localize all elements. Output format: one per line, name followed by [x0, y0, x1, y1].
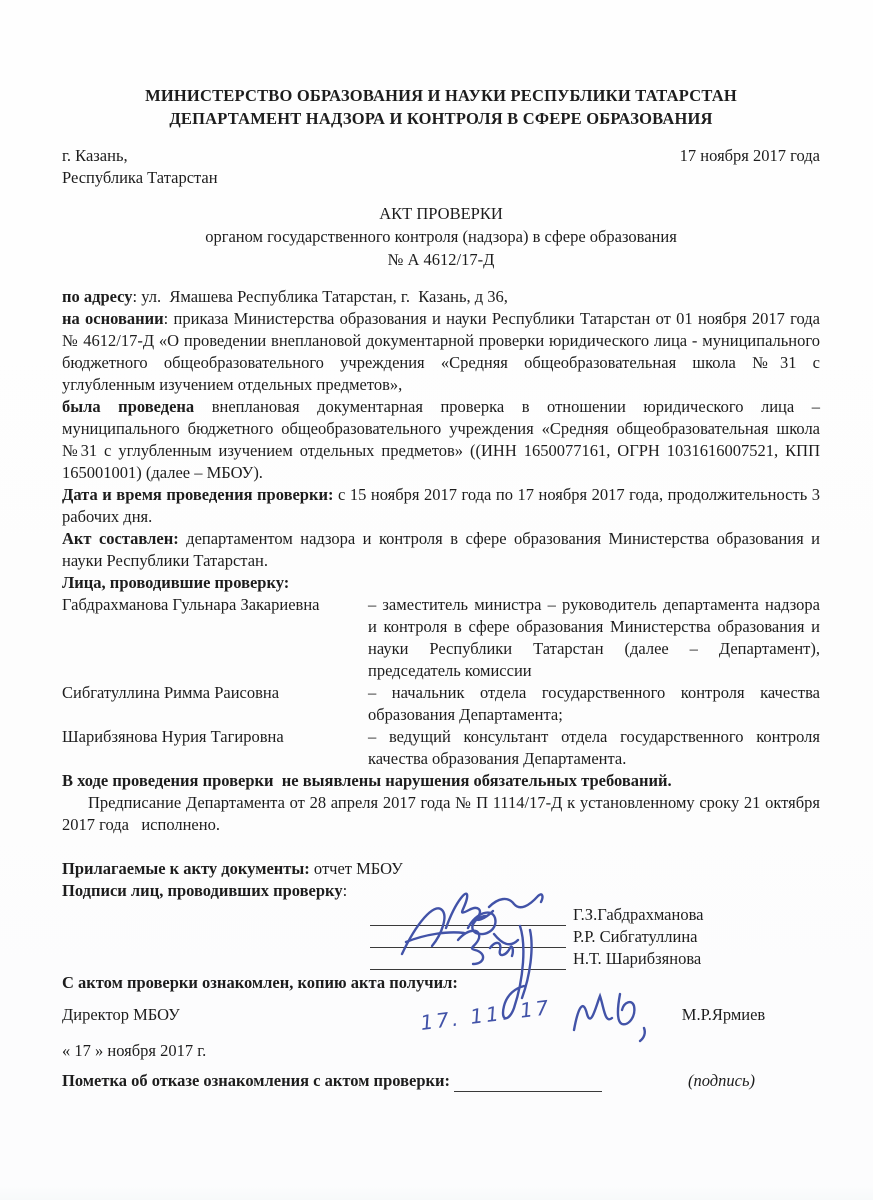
inspector-row: Габдрахманова Гульнара Закариевна – заме…: [62, 594, 820, 682]
refusal-row: Пометка об отказе ознакомления с актом п…: [62, 1070, 820, 1092]
paragraph-lead: Дата и время проведения проверки:: [62, 485, 334, 504]
refusal-signature-line: [454, 1076, 602, 1092]
inspector-name: Сибгатуллина Римма Раисовна: [62, 682, 368, 726]
signatures-block: Г.З.Габдрахманова Р.Р. Сибгатуллина Н.Т.…: [370, 904, 772, 970]
region-label: Республика Татарстан: [62, 167, 218, 189]
acknowledgement-block: С актом проверки ознакомлен, копию акта …: [62, 972, 820, 1092]
inspector-row: Шарибзянова Нурия Тагировна – ведущий ко…: [62, 726, 820, 770]
inspector-role: – начальник отдела государственного конт…: [368, 682, 820, 726]
signature-row: Р.Р. Сибгатуллина: [370, 926, 772, 948]
inspector-role: – ведущий консультант отдела государстве…: [368, 726, 820, 770]
paragraph-lead: по адресу: [62, 287, 133, 306]
place-block: г. Казань, Республика Татарстан: [62, 145, 218, 189]
handwritten-date: 17. 11. 17: [419, 996, 552, 1034]
paragraph-lead: была проведена: [62, 397, 194, 416]
document-title: АКТ ПРОВЕРКИ органом государственного ко…: [62, 202, 820, 271]
inspector-role: – заместитель министра – руководитель де…: [368, 594, 820, 682]
paragraph-basis: на основании: приказа Министерства образ…: [62, 308, 820, 396]
signature-hint: (подпись): [688, 1070, 755, 1092]
findings-statement: В ходе проведения проверки не выявлены н…: [62, 770, 820, 792]
signatures-heading: Подписи лиц, проводивших проверку:: [62, 880, 820, 902]
signature-line: [370, 954, 566, 970]
paragraph-datetime: Дата и время проведения проверки: с 15 н…: [62, 484, 820, 528]
header-department: ДЕПАРТАМЕНТ НАДЗОРА И КОНТРОЛЯ В СФЕРЕ О…: [62, 107, 820, 130]
inspector-name: Шарибзянова Нурия Тагировна: [62, 726, 368, 770]
inspectors-heading: Лица, проводившие проверку:: [62, 572, 820, 594]
paragraph-text: : приказа Министерства образования и нау…: [62, 309, 820, 394]
paragraph-inspection: была проведена внеплановая документарная…: [62, 396, 820, 484]
signatures-heading-colon: :: [343, 881, 348, 900]
paragraph-lead: Акт составлен:: [62, 529, 179, 548]
document-header: МИНИСТЕРСТВО ОБРАЗОВАНИЯ И НАУКИ РЕСПУБЛ…: [62, 84, 820, 130]
title-subtitle: органом государственного контроля (надзо…: [62, 225, 820, 248]
signature-row: Н.Т. Шарибзянова: [370, 948, 772, 970]
director-row: Директор МБОУ 17. 11. 17 М.Р.Ярмиев: [62, 994, 820, 1036]
acknowledgement-statement: С актом проверки ознакомлен, копию акта …: [62, 972, 820, 994]
refusal-lead: Пометка об отказе ознакомления с актом п…: [62, 1070, 450, 1092]
scanned-document-page: МИНИСТЕРСТВО ОБРАЗОВАНИЯ И НАУКИ РЕСПУБЛ…: [0, 0, 873, 1200]
signature-line: [370, 932, 566, 948]
document-body: по адресу: ул. Ямашева Республика Татарс…: [62, 286, 820, 836]
signature-row: Г.З.Габдрахманова: [370, 904, 772, 926]
findings-detail: Предписание Департамента от 28 апреля 20…: [62, 792, 820, 836]
city-label: г. Казань,: [62, 145, 218, 167]
handwritten-signature-yarmiev-icon: [566, 992, 676, 1038]
attachments-value: отчет МБОУ: [310, 859, 403, 878]
paragraph-address: по адресу: ул. Ямашева Республика Татарс…: [62, 286, 820, 308]
signer-name: Р.Р. Сибгатуллина: [566, 926, 697, 948]
acknowledgement-date: « 17 » ноября 2017 г.: [62, 1040, 820, 1062]
director-label: Директор МБОУ: [62, 1004, 382, 1026]
title-main: АКТ ПРОВЕРКИ: [62, 202, 820, 225]
title-number: № А 4612/17-Д: [62, 248, 820, 271]
header-ministry: МИНИСТЕРСТВО ОБРАЗОВАНИЯ И НАУКИ РЕСПУБЛ…: [62, 84, 820, 107]
place-date-row: г. Казань, Республика Татарстан 17 ноябр…: [62, 145, 820, 189]
inspector-name: Габдрахманова Гульнара Закариевна: [62, 594, 368, 682]
scan-edge-artifact: [0, 1186, 873, 1200]
signer-name: Н.Т. Шарибзянова: [566, 948, 701, 970]
attachments-line: Прилагаемые к акту документы: отчет МБОУ: [62, 858, 820, 880]
director-name: М.Р.Ярмиев: [682, 1004, 765, 1026]
paragraph-text: : ул. Ямашева Республика Татарстан, г. К…: [133, 287, 508, 306]
signature-line: [370, 910, 566, 926]
inspector-row: Сибгатуллина Римма Раисовна – начальник …: [62, 682, 820, 726]
paragraph-lead: на основании: [62, 309, 164, 328]
date-label: 17 ноября 2017 года: [680, 145, 820, 189]
signatures-heading-lead: Подписи лиц, проводивших проверку: [62, 881, 343, 900]
attachments-lead: Прилагаемые к акту документы:: [62, 859, 310, 878]
paragraph-composed: Акт составлен: департаментом надзора и к…: [62, 528, 820, 572]
signer-name: Г.З.Габдрахманова: [566, 904, 703, 926]
